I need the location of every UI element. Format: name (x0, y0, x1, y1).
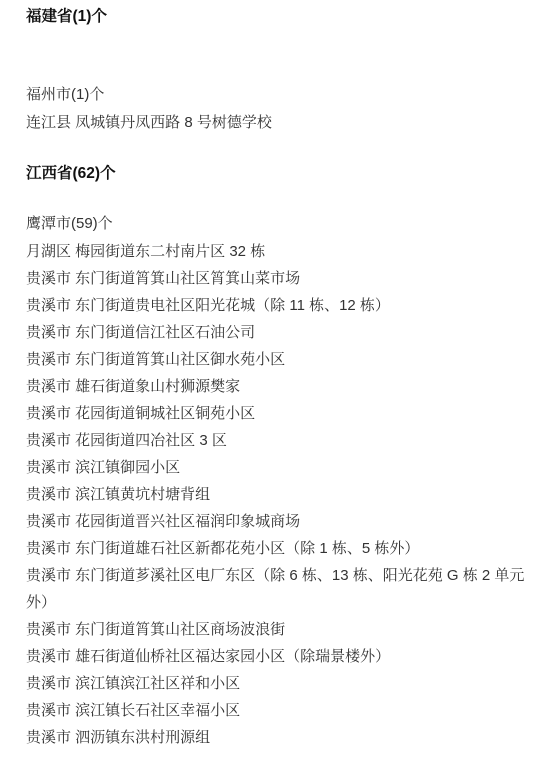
address-item: 贵溪市 滨江镇滨江社区祥和小区 (26, 670, 530, 697)
province-header-jiangxi: 江西省(62)个 (26, 160, 530, 188)
address-item: 月湖区 梅园街道东二村南片区 32 栋 (26, 238, 530, 265)
risk-area-document: 福建省(1)个 福州市(1)个 连江县 凤城镇丹凤西路 8 号树德学校 江西省(… (0, 0, 550, 751)
address-item: 贵溪市 东门街道筲箕山社区御水苑小区 (26, 346, 530, 373)
address-item: 贵溪市 花园街道铜城社区铜苑小区 (26, 400, 530, 427)
address-item: 贵溪市 泗沥镇东洪村刑源组 (26, 724, 530, 751)
address-item: 贵溪市 滨江镇长石社区幸福小区 (26, 697, 530, 724)
address-item: 贵溪市 东门街道雄石社区新都花苑小区（除 1 栋、5 栋外） (26, 535, 530, 562)
address-item: 贵溪市 东门街道芗溪社区电厂东区（除 6 栋、13 栋、阳光花苑 G 栋 2 单… (26, 562, 530, 616)
address-item: 贵溪市 滨江镇黄坑村塘背组 (26, 481, 530, 508)
address-item: 贵溪市 东门街道筲箕山社区商场波浪街 (26, 616, 530, 643)
city-header-fuzhou: 福州市(1)个 (26, 81, 530, 109)
province-header-fujian: 福建省(1)个 (26, 3, 530, 31)
address-item: 贵溪市 雄石街道象山村狮源樊家 (26, 373, 530, 400)
address-item: 贵溪市 雄石街道仙桥社区福达家园小区（除瑞景楼外） (26, 643, 530, 670)
address-item: 连江县 凤城镇丹凤西路 8 号树德学校 (26, 109, 530, 136)
address-item: 贵溪市 东门街道信江社区石油公司 (26, 319, 530, 346)
city-header-yingtan: 鹰潭市(59)个 (26, 210, 530, 238)
address-item: 贵溪市 花园街道晋兴社区福润印象城商场 (26, 508, 530, 535)
address-item: 贵溪市 东门街道筲箕山社区筲箕山菜市场 (26, 265, 530, 292)
address-item: 贵溪市 东门街道贵电社区阳光花城（除 11 栋、12 栋） (26, 292, 530, 319)
address-item: 贵溪市 滨江镇御园小区 (26, 454, 530, 481)
address-item: 贵溪市 花园街道四冶社区 3 区 (26, 427, 530, 454)
